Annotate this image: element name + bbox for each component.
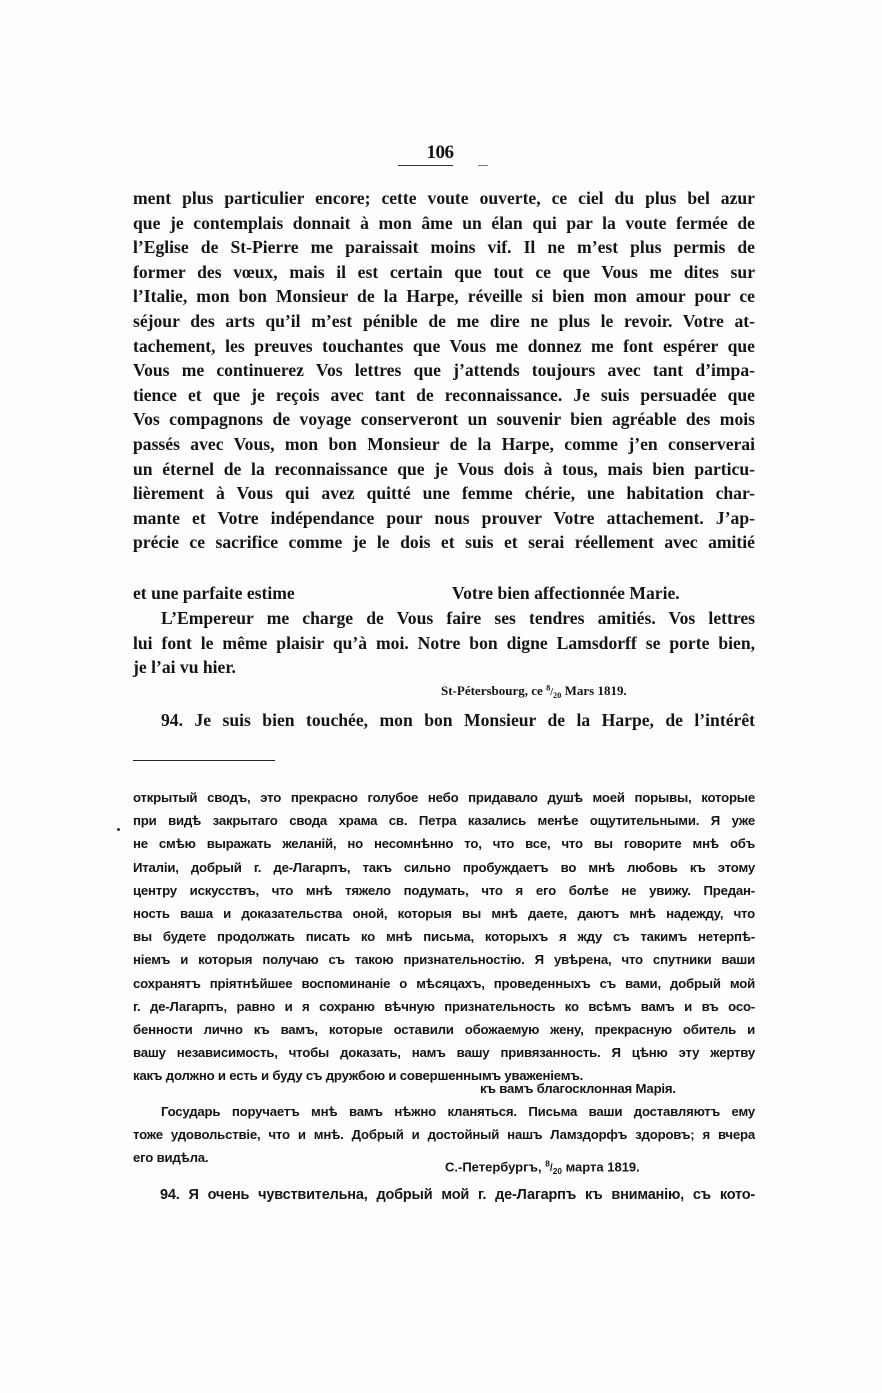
text-line: l’Eglise de St-Pierre me paraissait moin… [133, 235, 755, 260]
text-line: г. де-Лагарпъ, равно и я сохраню вѣчную … [133, 995, 755, 1018]
russian-next-letter: 94. Я очень чувствительна, добрый мой г.… [160, 1184, 755, 1207]
text-line: ность ваша и доказательства оной, которы… [133, 902, 755, 925]
text-line: ніемъ и которыя получаю съ такою признат… [133, 948, 755, 971]
text-line: tience et que je reçois avec tant de rec… [133, 383, 755, 408]
russian-postscript: Государь поручаетъ мнѣ вамъ нѣжно кланят… [133, 1100, 755, 1170]
text-line: précie ce sacrifice comme je le dois et … [133, 530, 755, 555]
text-line: tachement, les preuves touchantes que Vo… [133, 334, 755, 359]
text-line: ment plus particulier encore; cette vout… [133, 186, 755, 211]
text-line: Vous me continuerez Vos lettres que j’at… [133, 358, 755, 383]
text-line: que je contemplais donnait à mon âme un … [133, 211, 755, 236]
text-line: un éternel de la reconnaissance que je V… [133, 457, 755, 482]
text-line: L’Empereur me charge de Vous faire ses t… [133, 606, 755, 631]
text-line: lui font le même plaisir qu’à moi. Notre… [133, 631, 755, 656]
text-line: Vos compagnons de voyage conserveront un… [133, 407, 755, 432]
text-line: 94. Я очень чувствительна, добрый мой г.… [160, 1184, 755, 1207]
date-fraction: 8/20 [545, 1163, 562, 1174]
text-line: не смѣю выражать желаній, но несомнѣнно … [133, 832, 755, 855]
header-rule-mark [478, 165, 488, 166]
book-page: 106 ment plus particulier encore; cette … [0, 0, 882, 1393]
text-line: Италіи, добрый г. де-Лагарпъ, такъ сильн… [133, 856, 755, 879]
french-closing: et une parfaite estime [133, 583, 295, 604]
text-line: открытый сводъ, это прекрасно голубое не… [133, 786, 755, 809]
russian-signature: къ вамъ благосклонная Марія. [480, 1077, 755, 1100]
text-line: 94. Je suis bien touchée, mon bon Monsie… [161, 708, 755, 733]
text-line: вы будете продолжать писать ко мнѣ письм… [133, 925, 755, 948]
french-signature: Votre bien affectionnée Marie. [452, 583, 680, 604]
text-line: сохранятъ пріятнѣйшее воспоминаніе о мѣс… [133, 972, 755, 995]
text-line: бенности лично къ вамъ, которые оставили… [133, 1018, 755, 1041]
russian-date: С.-Петербургъ, 8/20 марта 1819. [445, 1159, 640, 1176]
text-line: séjour des arts qu’il m’est pénible de m… [133, 309, 755, 334]
french-letter-body: ment plus particulier encore; cette vout… [133, 186, 755, 555]
header-rule [398, 165, 453, 166]
text-line: Государь поручаетъ мнѣ вамъ нѣжно кланят… [133, 1100, 755, 1123]
margin-mark [117, 828, 120, 831]
russian-translation-body: открытый сводъ, это прекрасно голубое не… [133, 786, 755, 1087]
date-fraction: 8/20 [546, 687, 561, 698]
french-next-letter: 94. Je suis bien touchée, mon bon Monsie… [161, 708, 755, 733]
text-line: тоже удовольствіе, что и мнѣ. Добрый и д… [133, 1123, 755, 1146]
footnote-rule [133, 760, 275, 761]
text-line: je l’ai vu hier. [133, 655, 755, 680]
text-line: вашу независимость, чтобы доказать, намъ… [133, 1041, 755, 1064]
text-line: l’Italie, mon bon Monsieur de la Harpe, … [133, 284, 755, 309]
text-line: центру искусствъ, что мнѣ тяжело подумат… [133, 879, 755, 902]
text-line: при видѣ закрытаго свода храма св. Петра… [133, 809, 755, 832]
text-line: lièrement à Vous qui avez quitté une fem… [133, 481, 755, 506]
text-line: former des vœux, mais il est certain que… [133, 260, 755, 285]
text-line: passés avec Vous, mon bon Monsieur de la… [133, 432, 755, 457]
page-number: 106 [400, 142, 480, 164]
text-line: его видѣла. [133, 1146, 755, 1169]
text-line: mante et Votre indépendance pour nous pr… [133, 506, 755, 531]
french-postscript: L’Empereur me charge de Vous faire ses t… [133, 606, 755, 680]
french-date: St-Pétersbourg, ce 8/20 Mars 1819. [441, 683, 627, 700]
